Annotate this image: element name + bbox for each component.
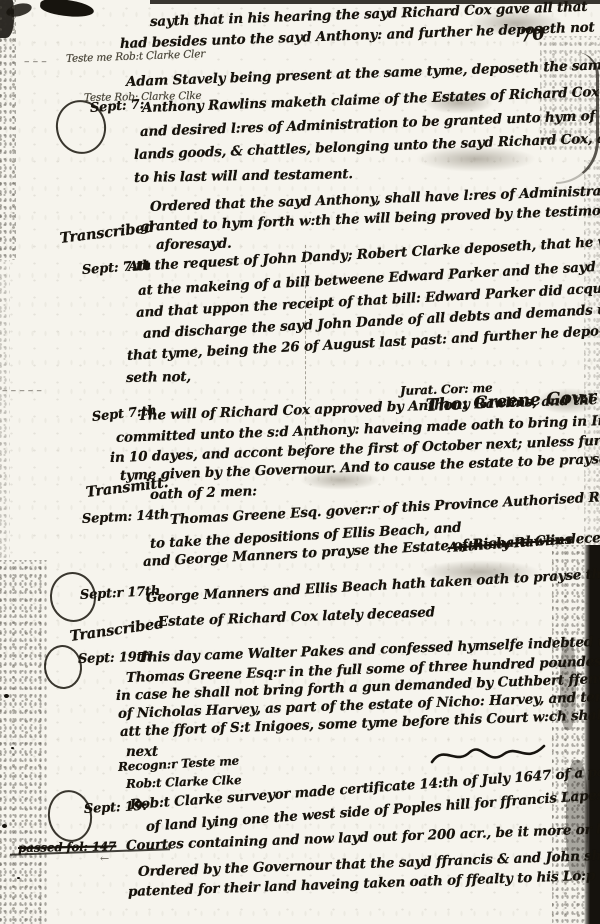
manuscript-line: – – – – – <box>2 384 42 397</box>
manuscript-line: oath of 2 men: <box>150 483 257 503</box>
manuscript-line: – – – <box>24 55 47 68</box>
manuscript-page: sayth that in his hearing the sayd Richa… <box>0 0 600 924</box>
entry-date: Septm: 14th <box>82 507 170 527</box>
manuscript-line: seth not, <box>126 369 191 386</box>
handwriting-layer: sayth that in his hearing the sayd Richa… <box>0 0 600 924</box>
manuscript-line: George Manners and Ellis Beach hath take… <box>146 566 600 606</box>
entry-date: Sept: 7: <box>89 97 144 116</box>
manuscript-line: Estate of Richard Cox lately deceased <box>158 604 435 630</box>
margin-note: Transcribed <box>59 219 155 247</box>
folio-number: 70 <box>519 23 546 47</box>
manuscript-line: ← <box>100 852 109 865</box>
signature-robt-clarke: Rob:t Clarke Clke <box>126 773 242 791</box>
manuscript-line: to his last will and testament. <box>134 166 353 186</box>
manuscript-line: Adam Stavely being present at the same t… <box>126 57 600 90</box>
manuscript-line: Teste me Rob:t Clarke Cler <box>66 48 205 65</box>
manuscript-line: aforesayd. <box>156 236 232 253</box>
margin-note: Transcribed <box>69 615 165 645</box>
